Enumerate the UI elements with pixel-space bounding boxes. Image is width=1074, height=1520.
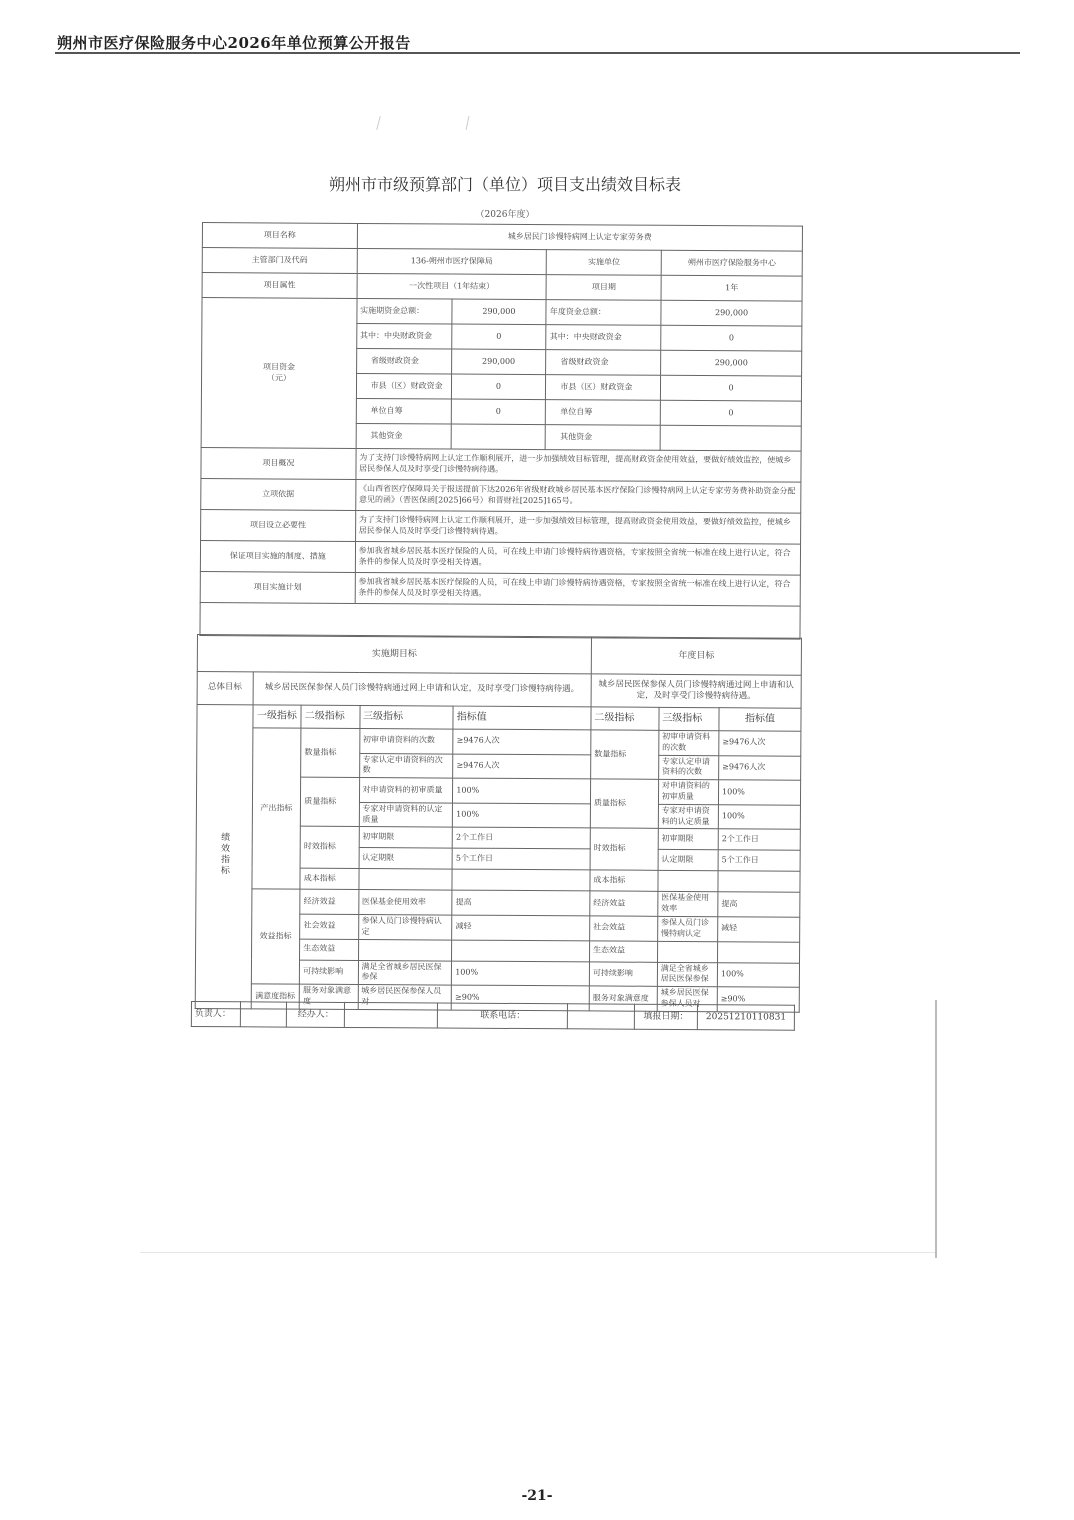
necessity-text: 为了支持门诊慢特病网上认定工作顺利展开，进一步加强绩效目标管理，提高财政资金使用…: [355, 510, 800, 544]
overall-goal-year: 城乡居民医保参保人员门诊慢特病通过网上申请和认定，及时享受门诊慢特病待遇。: [591, 674, 801, 708]
level2-indicator-year: 社会效益: [590, 916, 658, 941]
indicator-value: [452, 869, 590, 891]
level2-indicator-year: 生态效益: [589, 940, 657, 961]
level3-indicator-year: 初审申请资料的次数: [659, 730, 719, 755]
basis-label: 立项依据: [201, 478, 356, 510]
self-label-year: 单位自筹: [546, 400, 661, 426]
form-title: 朔州市市级预算部门（单位）项目支出绩效目标表: [200, 172, 810, 195]
impl-goal-header: 实施期目标: [197, 635, 591, 674]
level2-indicator: 时效指标: [300, 827, 359, 869]
province-label: 省级财政资金: [356, 348, 451, 374]
self-label: 单位自筹: [356, 398, 451, 424]
level3-indicator: 医保基金使用效率: [358, 890, 452, 915]
signature-table: 负责人： 经办人： 联系电话： 填报日期： 20251210110831: [191, 1001, 795, 1031]
indicator-value-year: 100%: [717, 962, 799, 987]
level3-indicator: 初审期限: [359, 827, 453, 849]
level2-indicator: 生态效益: [300, 939, 358, 960]
level2-indicator: 数量指标: [301, 728, 360, 778]
other-year: [660, 425, 801, 451]
col-level2-year: 二级指标: [591, 707, 659, 730]
output-indicator-label: 产出指标: [252, 728, 302, 890]
level3-indicator-year: 专家对申请资料的认定质量: [658, 804, 718, 829]
indicator-row: 效益指标经济效益医保基金使用效率提高经济效益医保基金使用效率提高: [196, 889, 800, 917]
measures-text: 参加我省城乡居民基本医疗保险的人员，可在线上申请门诊慢特病待遇资格，专家按照全省…: [355, 541, 800, 575]
level3-indicator: 满足全省城乡居民医保参保: [358, 960, 452, 985]
indicator-value: 100%: [453, 803, 591, 828]
city-year: 0: [661, 375, 802, 401]
level3-indicator: 参保人员门诊慢特病认定: [358, 914, 452, 939]
level3-indicator: [358, 869, 452, 891]
funds-label: 项目资金 （元）: [201, 298, 357, 449]
indicator-row: 产出指标数量指标初审申请资料的次数≥9476人次数量指标初审申请资料的次数≥94…: [197, 728, 801, 756]
other-label: 其他资金: [356, 423, 451, 449]
impl-total-label: 实施期资金总额：: [357, 298, 452, 324]
level3-indicator: [358, 939, 452, 961]
indicator-value: [452, 940, 590, 962]
level3-indicator-year: 认定期限: [658, 850, 718, 871]
responsible-value: [240, 1002, 287, 1027]
indicator-value-year: ≥9476人次: [719, 755, 801, 780]
impl-unit-label: 实施单位: [547, 250, 662, 276]
other-label-year: 其他资金: [546, 425, 661, 451]
level3-indicator-year: 医保基金使用效率: [658, 892, 718, 917]
performance-goals-table: 实施期目标 年度目标 总体目标 城乡居民医保参保人员门诊慢特病通过网上申请和认定…: [195, 634, 802, 1012]
city-label-year: 市县（区）财政资金: [546, 375, 661, 401]
dept-label: 主管部门及代码: [202, 248, 357, 274]
impl-total-value: 290,000: [451, 299, 546, 325]
phone-label: 联系电话：: [438, 1003, 568, 1029]
level2-indicator-year: 质量指标: [590, 779, 658, 829]
report-header-title: 朔州市医疗保险服务中心2026年单位预算公开报告: [57, 32, 411, 53]
indicator-value-year: 减轻: [718, 917, 800, 942]
self-impl: 0: [451, 399, 546, 425]
city-label: 市县（区）财政资金: [356, 373, 451, 399]
project-name-label: 项目名称: [202, 223, 357, 249]
indicator-value-year: 5个工作日: [718, 850, 800, 872]
project-name: 城乡居民门诊慢特病网上认定专家劳务费: [357, 223, 802, 251]
overview-label: 项目概况: [201, 447, 356, 479]
level2-indicator: 经济效益: [300, 890, 358, 915]
overview-text: 为了支持门诊慢特病网上认定工作顺利展开，进一步加强绩效目标管理，提高财政资金使用…: [356, 448, 801, 482]
funds-label-text: 项目资金: [205, 362, 353, 374]
scan-smudge: [376, 116, 381, 130]
level2-indicator-year: 经济效益: [590, 891, 658, 916]
indicator-value: 2个工作日: [452, 827, 590, 849]
col-level3-year: 三级指标: [659, 707, 719, 730]
level2-indicator: 成本指标: [300, 869, 358, 890]
perf-indicator-text: 绩效指标: [218, 832, 230, 876]
indicator-value-year: 100%: [718, 804, 800, 829]
col-level2: 二级指标: [301, 705, 359, 728]
level3-indicator-year: 专家认定申请资料的次数: [658, 755, 718, 780]
basis-text: 《山西省医疗保障局关于报送提前下达2026年省级财政城乡居民基本医疗保险门诊慢特…: [355, 479, 800, 513]
measures-label: 保证项目实施的制度、措施: [200, 540, 355, 572]
level3-indicator-year: 初审期限: [658, 829, 718, 850]
province-label-year: 省级财政资金: [546, 350, 661, 376]
indicator-value: 5个工作日: [452, 848, 590, 870]
indicator-value: ≥9476人次: [453, 729, 591, 754]
overall-goal-label: 总体目标: [197, 672, 253, 705]
level3-indicator: 认定期限: [359, 848, 453, 870]
scan-edge-line: [140, 1252, 935, 1253]
project-info-table: 项目名称 城乡居民门诊慢特病网上认定专家劳务费 主管部门及代码 136-朔州市医…: [199, 222, 803, 640]
level2-indicator: 可持续影响: [300, 960, 358, 985]
level3-indicator: 专家认定申请资料的次数: [359, 753, 453, 778]
dept-value: 136-朔州市医疗保障局: [357, 248, 547, 274]
level3-indicator-year: [657, 941, 717, 962]
level3-indicator: 初审申请资料的次数: [359, 728, 453, 753]
level2-indicator: 质量指标: [301, 777, 360, 827]
level2-indicator-year: 时效指标: [590, 828, 658, 870]
level3-indicator: 对申请资料的初审质量: [359, 778, 453, 803]
header-divider: [55, 52, 1020, 54]
overall-goal-impl: 城乡居民医保参保人员门诊慢特病通过网上申请和认定，及时享受门诊慢特病待遇。: [253, 672, 592, 707]
necessity-label: 项目设立必要性: [201, 509, 356, 541]
scan-smudge: [466, 116, 470, 130]
plan-text: 参加我省城乡居民基本医疗保险的人员，可在线上申请门诊慢特病待遇资格，专家按照全省…: [355, 572, 800, 606]
central-label: 其中：中央财政资金: [356, 323, 451, 349]
plan-label: 项目实施计划: [200, 571, 355, 603]
impl-unit-value: 朔州市医疗保险服务中心: [661, 250, 802, 276]
level3-indicator-year: 参保人员门诊慢特病认定: [657, 916, 717, 941]
level3-indicator-year: 满足全省城乡居民医保参保: [657, 962, 717, 987]
year-goal-header: 年度目标: [591, 637, 801, 675]
responsible-label: 负责人：: [191, 1002, 240, 1027]
level2-indicator-year: 数量指标: [591, 730, 659, 780]
period-value: 1年: [661, 275, 802, 301]
indicator-value-year: ≥9476人次: [719, 731, 801, 756]
indicator-value-year: [718, 871, 800, 893]
form-year: （2026年度）: [200, 207, 810, 220]
col-value-year: 指标值: [719, 708, 801, 732]
indicator-value-year: 100%: [718, 780, 800, 805]
self-year: 0: [660, 400, 801, 426]
central-year: 0: [661, 325, 802, 351]
other-impl: [451, 424, 546, 450]
indicator-value: 100%: [453, 778, 591, 803]
col-value: 指标值: [453, 706, 591, 730]
phone-value: [568, 1004, 635, 1029]
date-value: 20251210110831: [698, 1005, 795, 1031]
col-level3: 三级指标: [359, 705, 453, 729]
level3-indicator-year: 对申请资料的初审质量: [658, 780, 718, 805]
level3-indicator-year: [658, 871, 718, 892]
indicator-value: 减轻: [452, 915, 590, 940]
level2-indicator: 社会效益: [300, 914, 358, 939]
funds-unit-text: （元）: [205, 373, 353, 385]
col-level1: 一级指标: [252, 705, 301, 728]
indicator-value-year: 2个工作日: [718, 829, 800, 851]
attr-value: 一次性项目（1年结束）: [357, 273, 547, 299]
period-label: 项目期: [546, 275, 661, 301]
level2-indicator-year: 可持续影响: [589, 961, 657, 986]
central-label-year: 其中：中央财政资金: [546, 325, 661, 351]
indicator-value-year: 提高: [718, 892, 800, 917]
benefit-indicator-label: 效益指标: [251, 889, 300, 984]
date-label: 填报日期：: [634, 1004, 697, 1029]
year-total-label: 年度资金总额：: [546, 300, 661, 326]
indicator-value-year: [717, 941, 799, 963]
level3-indicator: 专家对申请资料的认定质量: [359, 802, 453, 827]
central-impl: 0: [451, 324, 546, 350]
indicator-value: ≥9476人次: [453, 754, 591, 779]
page-number: -21-: [0, 1488, 1074, 1504]
attr-label: 项目属性: [202, 273, 357, 299]
scan-edge-line: [935, 1000, 937, 1258]
perf-indicator-label: 绩效指标: [195, 705, 252, 1009]
indicator-value: 提高: [452, 890, 590, 915]
province-impl: 290,000: [451, 349, 546, 375]
handler-value: [345, 1002, 438, 1028]
indicator-value: 100%: [452, 961, 590, 986]
handler-label: 经办人：: [287, 1002, 345, 1027]
province-year: 290,000: [661, 350, 802, 376]
level2-indicator-year: 成本指标: [590, 870, 658, 891]
year-total-value: 290,000: [661, 300, 802, 326]
city-impl: 0: [451, 374, 546, 400]
